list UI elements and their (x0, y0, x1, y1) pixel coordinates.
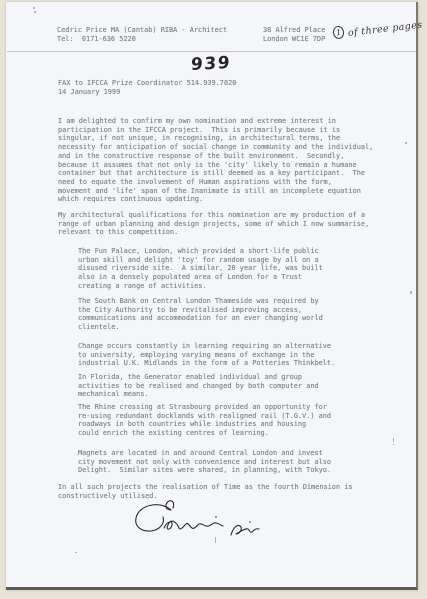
body-paragraph-indented: Magnets are located in and around Centra… (78, 449, 331, 475)
scan-artifact (33, 7, 35, 9)
handwritten-signature (128, 497, 263, 553)
body-paragraph-indented: In Florida, the Generator enabled indivi… (78, 373, 319, 399)
body-paragraph-indented: Change occurs constantly in learning req… (78, 342, 335, 368)
scan-artifact (405, 142, 407, 144)
body-paragraph-indented: The Rhine crossing at Strasbourg provide… (78, 403, 331, 438)
scan-artifact (34, 11, 36, 13)
body-paragraph: I am delighted to confirm my own nominat… (58, 117, 373, 204)
signature-scrawl (128, 497, 263, 549)
body-paragraph-indented: The Fun Palace, London, which provided a… (78, 247, 323, 291)
body-paragraph-indented: The South Bank on Central London Thamesi… (78, 297, 323, 332)
letterhead-divider-line (7, 51, 418, 52)
scan-artifact (393, 444, 394, 445)
handwritten-number-939: 939 (191, 53, 232, 75)
scan-artifact (215, 537, 216, 543)
body-paragraph: My architectural qualifications for this… (58, 211, 369, 237)
scan-artifact (410, 291, 412, 294)
scan-artifact (393, 438, 394, 442)
scan-artifact (75, 552, 77, 553)
letterhead-address: 38 Alfred Place London WC1E 7DP (263, 26, 325, 43)
letterhead-identity: Cedric Price MA (Cantab) RIBA - Architec… (57, 26, 227, 43)
fax-header: FAX to IFCCA Prize Coordinator 514.939.7… (58, 79, 236, 96)
